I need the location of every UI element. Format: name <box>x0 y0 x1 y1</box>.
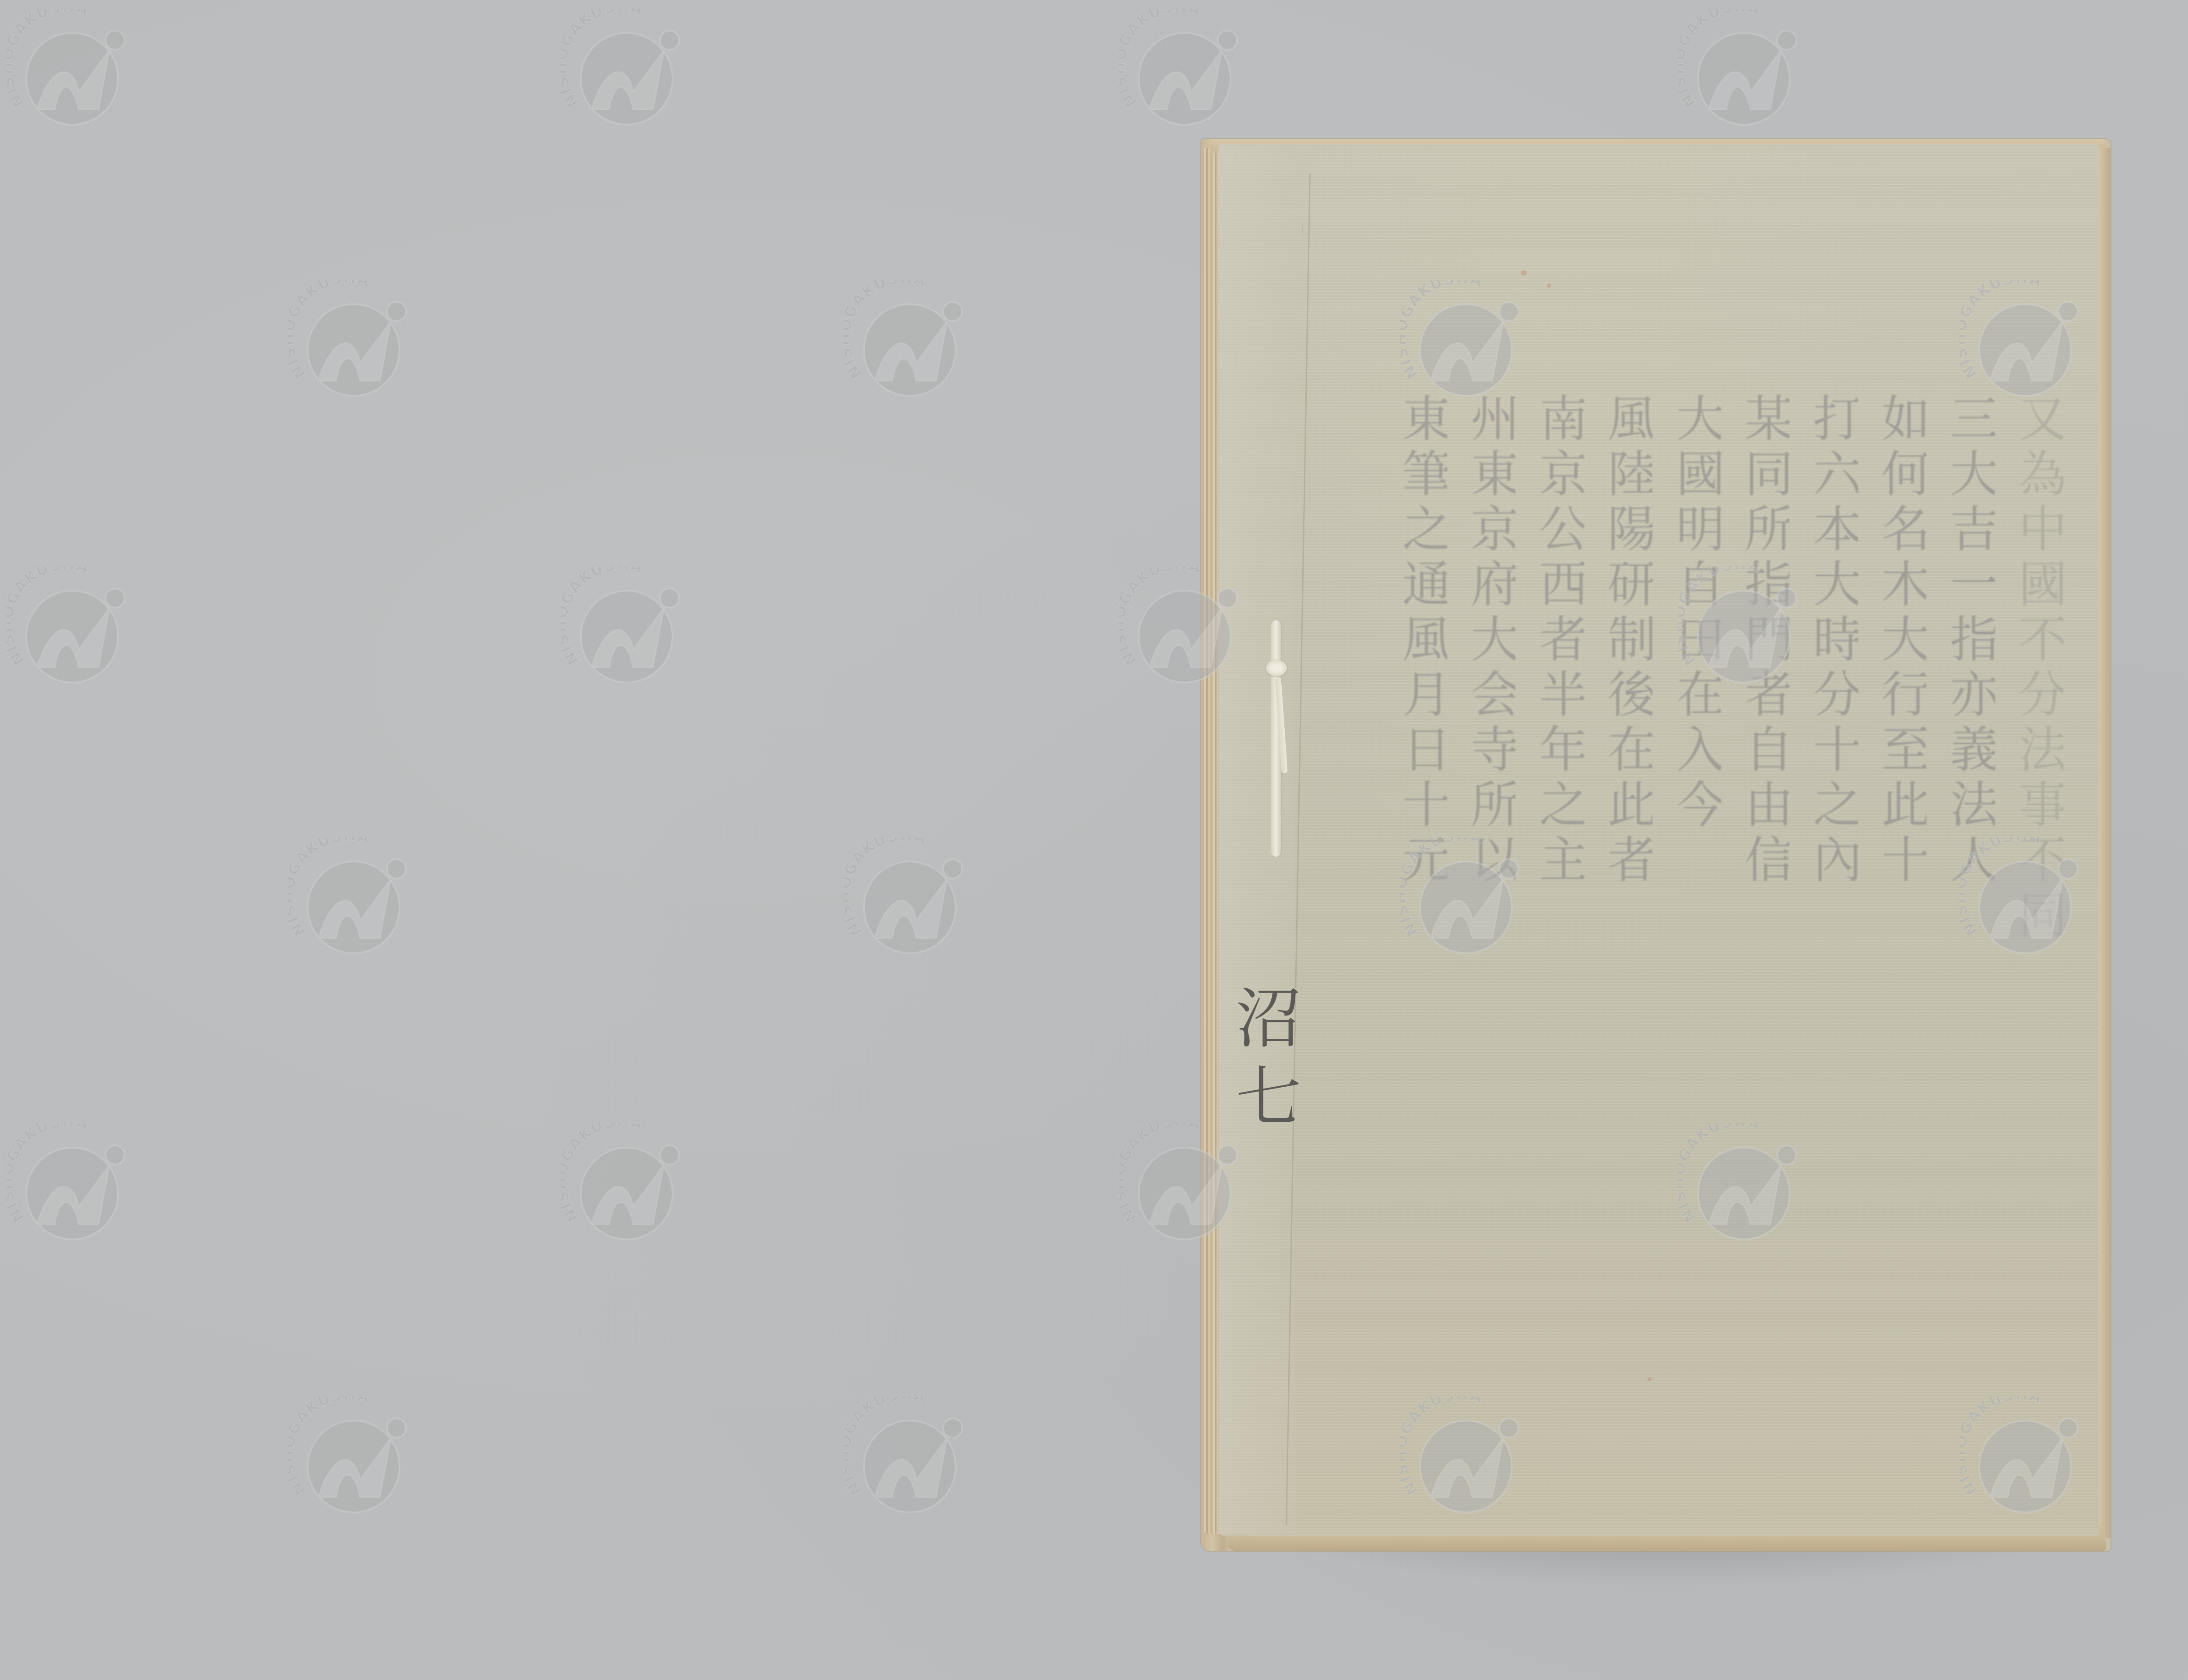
foxing-stain <box>1521 270 1527 276</box>
text-column: 風陸陽研制後在此者 <box>1603 393 1652 1539</box>
text-column: 三大吉一指亦義法人 <box>1946 393 1995 1539</box>
text-column: 打六本大時分十之內 <box>1809 393 1858 1539</box>
text-column: 東筆之通風月日十元 <box>1398 393 1447 1539</box>
bleed-through-text: 又為中國不分法事不同 三大吉一指亦義法人 如何名木大行至此十 打六本大時分十之內… <box>1398 393 2063 1539</box>
text-column: 如何名木大行至此十 <box>1877 393 1926 1539</box>
text-column: 州東京府大会寺所以 <box>1466 393 1515 1539</box>
text-column: 南京公西者半年之主 <box>1535 393 1584 1539</box>
binding-knot <box>1266 660 1287 676</box>
foxing-stain <box>1547 283 1551 288</box>
spine-inscription: 沼七 <box>1247 983 1295 1141</box>
text-column: 某同所指門者自由信 <box>1740 393 1789 1539</box>
text-column: 大國明自田在入今 <box>1672 393 1721 1539</box>
text-column: 又為中國不分法事不同 <box>2014 393 2063 1539</box>
booklet: 又為中國不分法事不同 三大吉一指亦義法人 如何名木大行至此十 打六本大時分十之內… <box>1201 139 2111 1551</box>
